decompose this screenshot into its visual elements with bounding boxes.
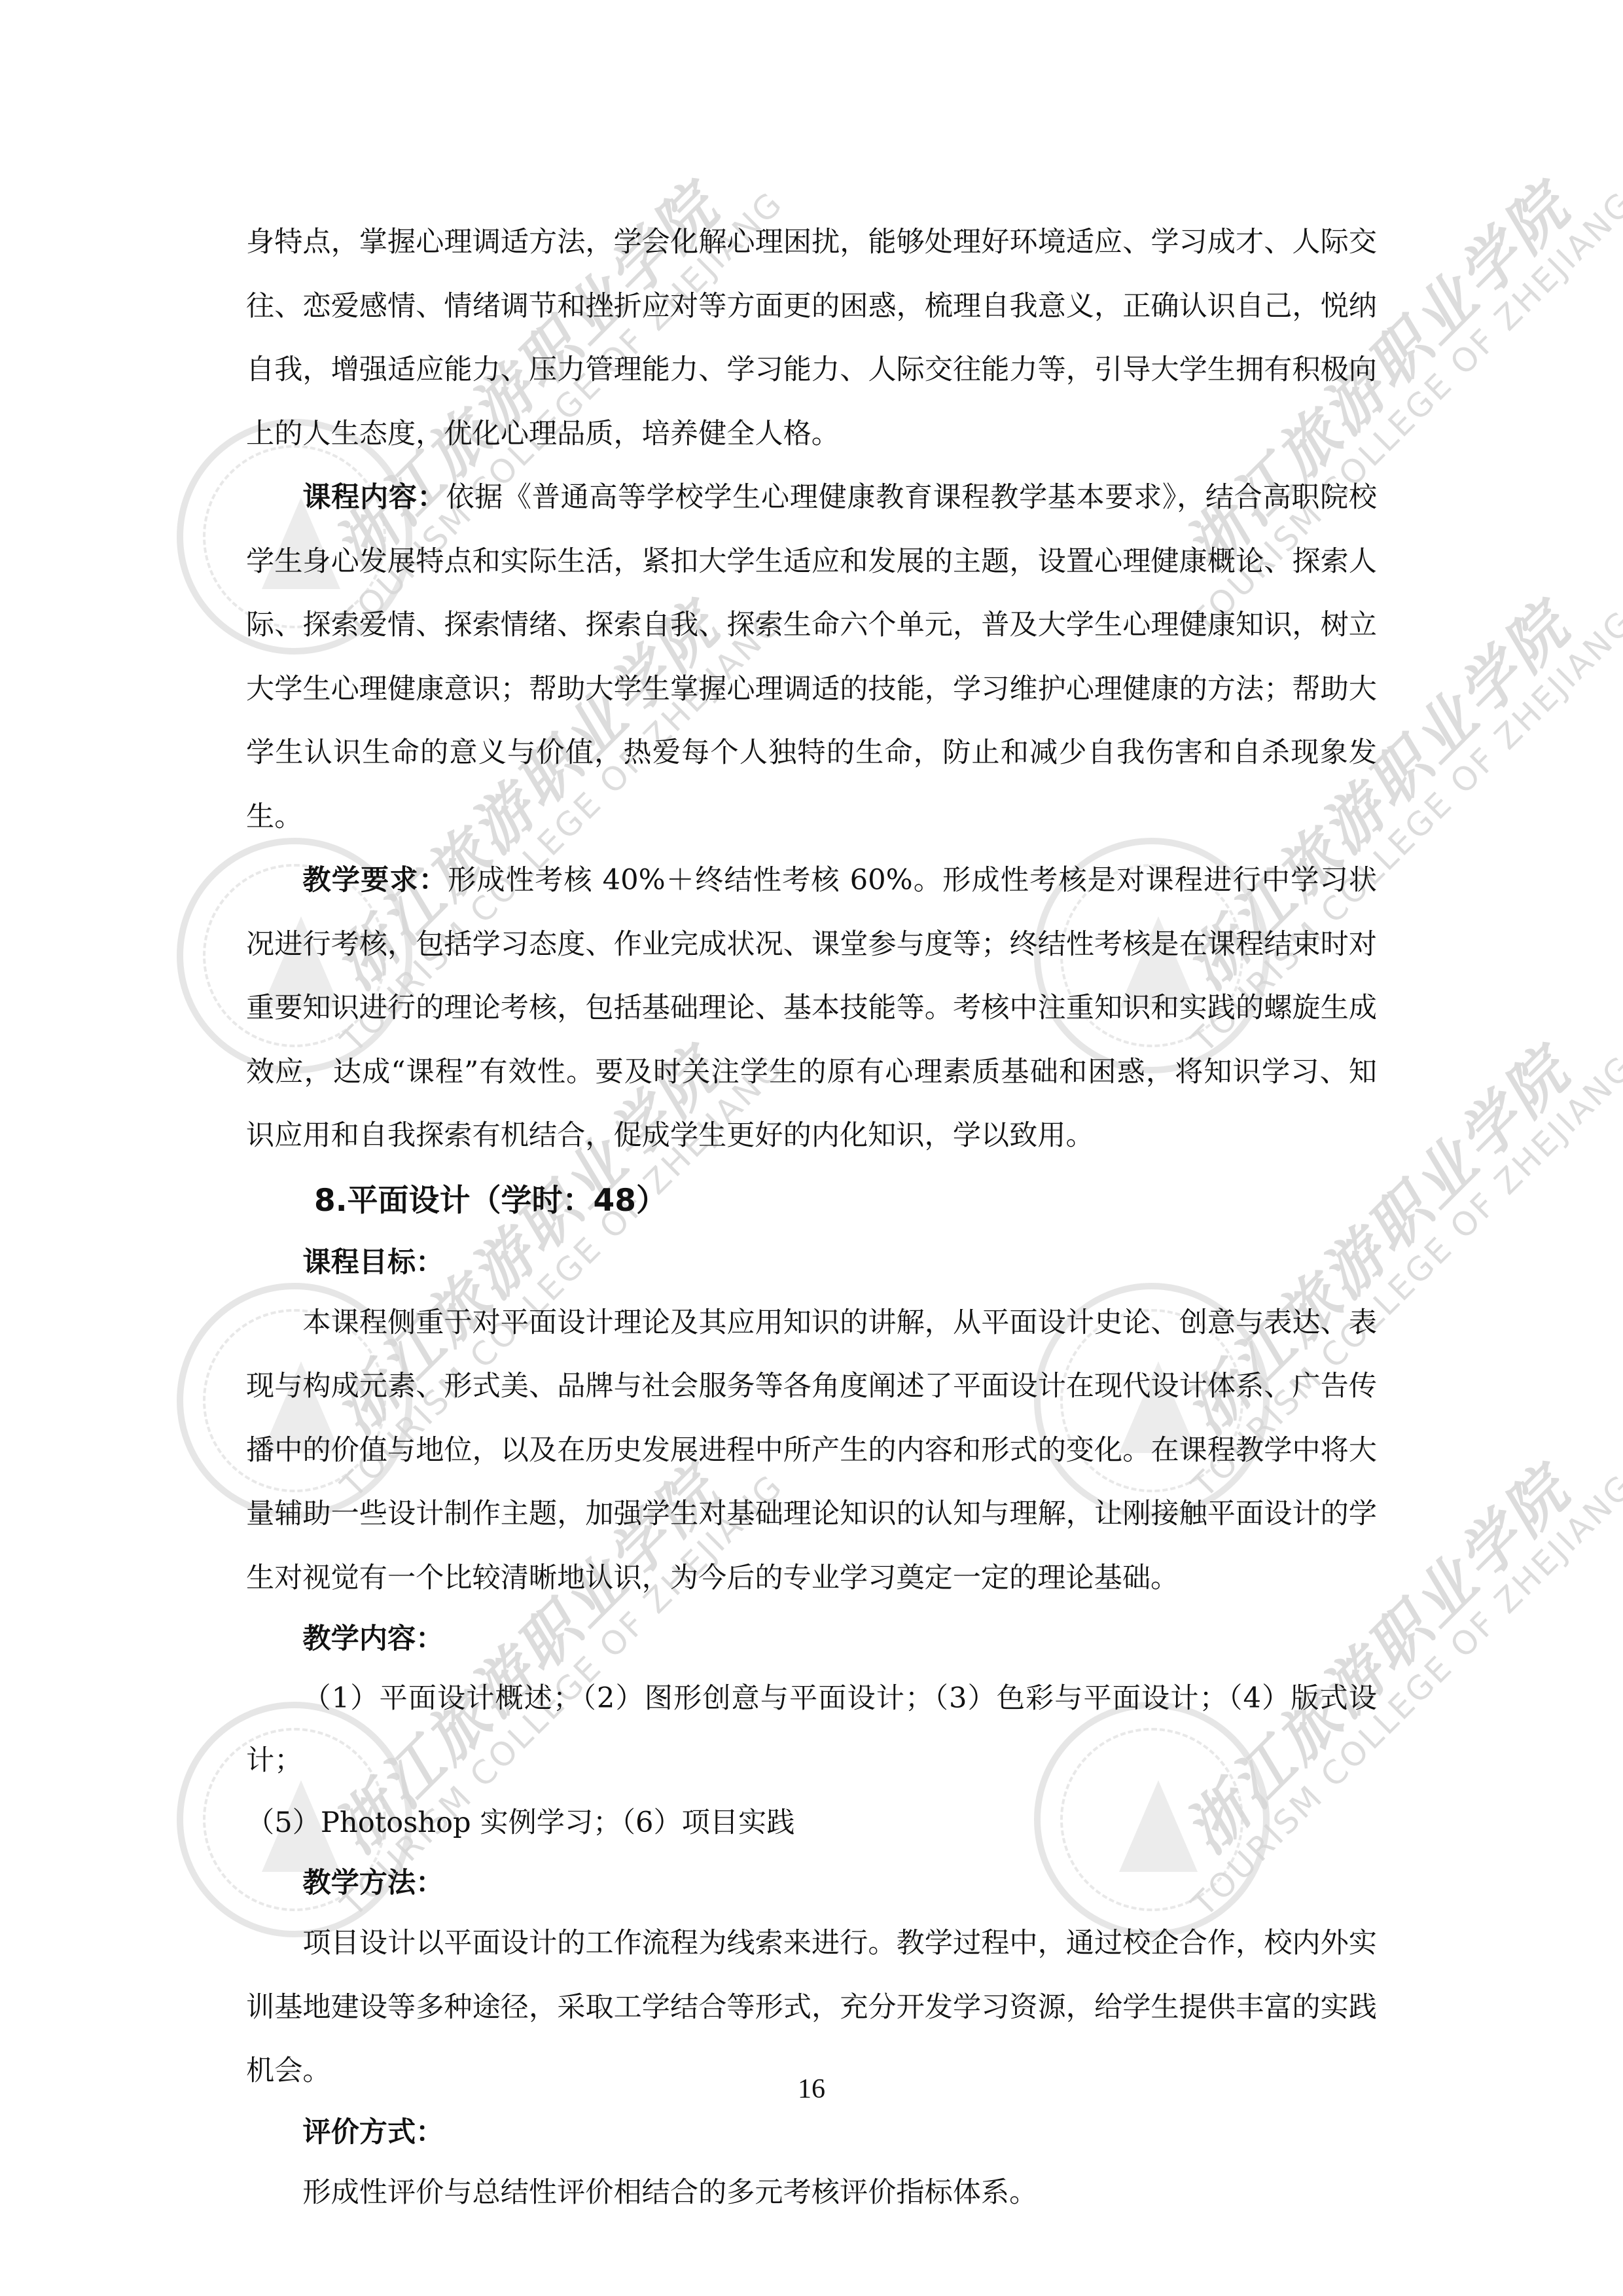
teaching-content-item: （1）平面设计概述；（2）图形创意与平面设计；（3）色彩与平面设计；（4）版式设…	[246, 1668, 1377, 1792]
teaching-requirements-text: 形成性考核 40%＋终结性考核 60%。形成性考核是对课程进行中学习状况进行考核…	[246, 864, 1377, 1152]
previous-course-objective-tail: 身特点，掌握心理调适方法，学会化解心理困扰，能够处理好环境适应、学习成才、人际交…	[246, 211, 1377, 466]
course-content-text: 依据《普通高等学校学生心理健康教育课程教学基本要求》，结合高职院校学生身心发展特…	[246, 481, 1377, 833]
course-objective-text: 本课程侧重于对平面设计理论及其应用知识的讲解，从平面设计史论、创意与表达、表现与…	[246, 1291, 1377, 1611]
course-objective-label: 课程目标：	[246, 1234, 1377, 1291]
document-body: 身特点，掌握心理调适方法，学会化解心理困扰，能够处理好环境适应、学习成才、人际交…	[246, 211, 1377, 2225]
previous-course-content-paragraph: 课程内容：依据《普通高等学校学生心理健康教育课程教学基本要求》，结合高职院校学生…	[246, 466, 1377, 849]
teaching-method-label: 教学方法：	[246, 1854, 1377, 1912]
teaching-content-label: 教学内容：	[246, 1610, 1377, 1668]
section-heading: 8.平面设计（学时：48）	[246, 1168, 1377, 1234]
teaching-requirements-label: 教学要求：	[302, 864, 448, 897]
page-number: 16	[0, 2073, 1623, 2105]
evaluation-text: 形成性评价与总结性评价相结合的多元考核评价指标体系。	[246, 2161, 1377, 2225]
document-page: 浙江旅游职业学院 TOURISM COLLEGE OF ZHEJIANG 浙江旅…	[0, 0, 1623, 2296]
teaching-content-item: （5）Photoshop 实例学习；（6）项目实践	[246, 1792, 1377, 1854]
evaluation-label: 评价方式：	[246, 2104, 1377, 2161]
previous-course-requirements-paragraph: 教学要求：形成性考核 40%＋终结性考核 60%。形成性考核是对课程进行中学习状…	[246, 849, 1377, 1168]
course-content-label: 课程内容：	[302, 481, 446, 514]
